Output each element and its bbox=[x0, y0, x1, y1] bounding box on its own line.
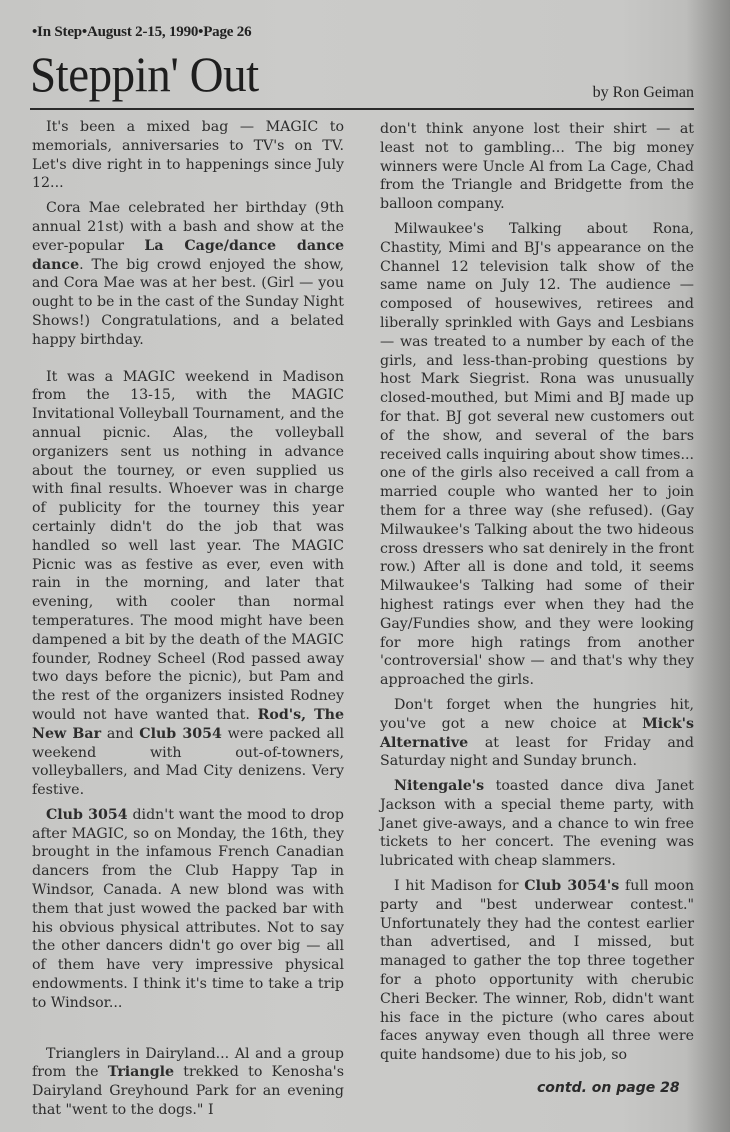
venue-name: Nitengale's bbox=[394, 778, 484, 794]
paragraph: Club 3054 didn't want the mood to drop a… bbox=[32, 806, 344, 1013]
venue-name: Club 3054 bbox=[139, 726, 222, 742]
title-rule bbox=[30, 108, 694, 110]
newspaper-page: •In Step•August 2-15, 1990•Page 26 Stepp… bbox=[0, 0, 730, 1132]
paragraph: Don't forget when the hungries hit, you'… bbox=[380, 696, 694, 771]
paragraph: Cora Mae celebrated her birthday (9th an… bbox=[32, 199, 344, 349]
left-column: It's been a mixed bag — MAGIC to memoria… bbox=[32, 118, 344, 1126]
paragraph: don't think anyone lost their shirt — at… bbox=[380, 120, 694, 214]
paragraph: It was a MAGIC weekend in Madison from t… bbox=[32, 368, 344, 800]
paragraph: Nitengale's toasted dance diva Janet Jac… bbox=[380, 777, 694, 871]
paragraph: I hit Madison for Club 3054's full moon … bbox=[380, 877, 694, 1065]
venue-name: Club 3054 bbox=[46, 807, 128, 823]
byline: by Ron Geiman bbox=[593, 84, 694, 102]
paragraph: Trianglers in Dairyland... Al and a grou… bbox=[32, 1045, 344, 1120]
continuation-note: contd. on page 28 bbox=[537, 1080, 680, 1096]
right-column: don't think anyone lost their shirt — at… bbox=[380, 120, 694, 1071]
paragraph: It's been a mixed bag — MAGIC to memoria… bbox=[32, 118, 344, 193]
venue-name: Club 3054's bbox=[524, 878, 619, 894]
paragraph: Milwaukee's Talking about Rona, Chastity… bbox=[380, 220, 694, 690]
article-title: Steppin' Out bbox=[30, 46, 259, 102]
dateline: •In Step•August 2-15, 1990•Page 26 bbox=[32, 24, 251, 41]
venue-name: Triangle bbox=[108, 1064, 174, 1080]
